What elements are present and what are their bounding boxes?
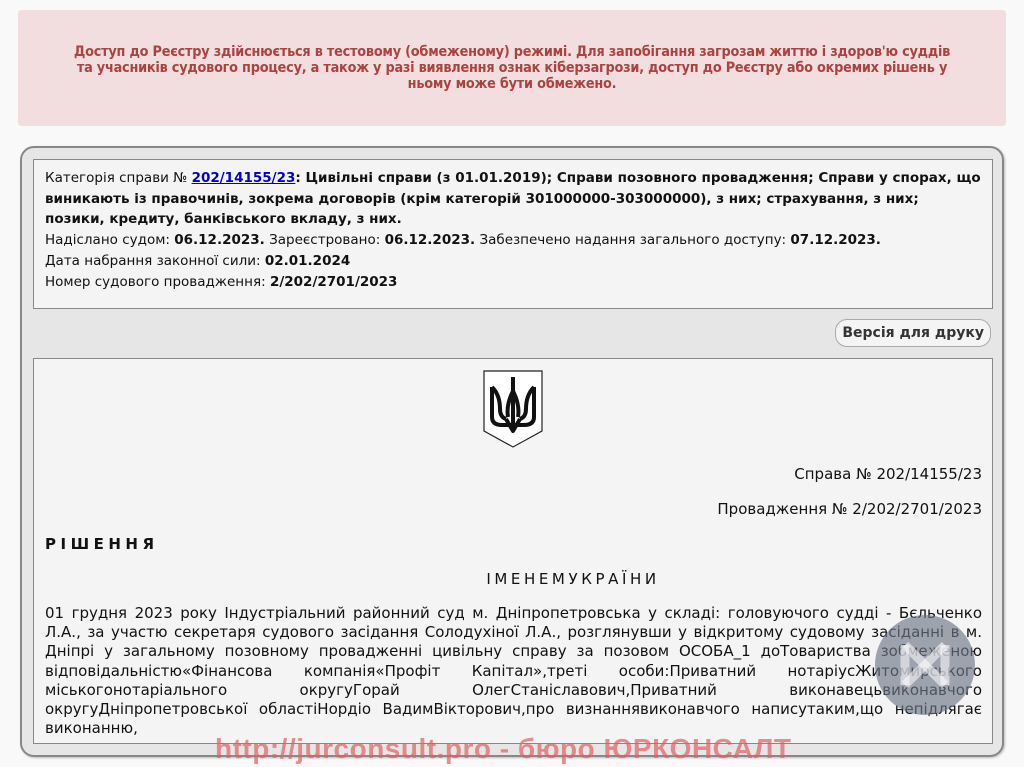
in-the-name-of-ukraine: ІМЕНЕМУКРАЇНИ <box>34 570 992 588</box>
case-number-line: Справа № 202/14155/23 <box>794 465 982 483</box>
access-notice: Доступ до Реєстру здійснюється в тестово… <box>18 10 1006 126</box>
category-label: Категорія справи № <box>45 170 187 186</box>
case-category: Категорія справи № 202/14155/23: Цивільн… <box>45 168 981 230</box>
public-access-label: Забезпечено надання загального доступу: <box>479 232 786 248</box>
effective-date: 02.01.2024 <box>265 253 350 269</box>
decision-title: РІШЕННЯ <box>45 535 159 553</box>
sent-date: 06.12.2023. <box>174 232 265 248</box>
ukraine-coat-of-arms-icon <box>482 369 544 449</box>
jurconsult-logo-icon <box>875 615 975 715</box>
registered-date: 06.12.2023. <box>385 232 476 248</box>
proceeding-label: Номер судового провадження: <box>45 274 266 290</box>
watermark-url[interactable]: http://jurconsult.pro - бюро ЮРКОНСАЛТ <box>215 733 792 765</box>
decision-document: Справа № 202/14155/23 Провадження № 2/20… <box>33 358 993 744</box>
decision-frame: Категорія справи № 202/14155/23: Цивільн… <box>20 146 1004 757</box>
effective-label: Дата набрання законної сили: <box>45 253 261 269</box>
registered-label: Зареєстровано: <box>269 232 380 248</box>
case-info-panel: Категорія справи № 202/14155/23: Цивільн… <box>33 159 993 309</box>
decision-body-text: 01 грудня 2023 року Індустріальний район… <box>45 604 982 738</box>
print-version-button[interactable]: Версія для друку <box>835 319 991 347</box>
effective-date-line: Дата набрання законної сили: 02.01.2024 <box>45 251 981 272</box>
case-number-link[interactable]: 202/14155/23 <box>192 170 296 186</box>
case-dates: Надіслано судом: 06.12.2023. Зареєстрова… <box>45 230 981 251</box>
sent-label: Надіслано судом: <box>45 232 170 248</box>
access-notice-text: Доступ до Реєстру здійснюється в тестово… <box>72 44 952 92</box>
proceeding-number: 2/202/2701/2023 <box>270 274 398 290</box>
public-access-date: 07.12.2023. <box>790 232 881 248</box>
proceeding-line: Провадження № 2/202/2701/2023 <box>717 500 982 518</box>
proceeding-number-line: Номер судового провадження: 2/202/2701/2… <box>45 272 981 293</box>
